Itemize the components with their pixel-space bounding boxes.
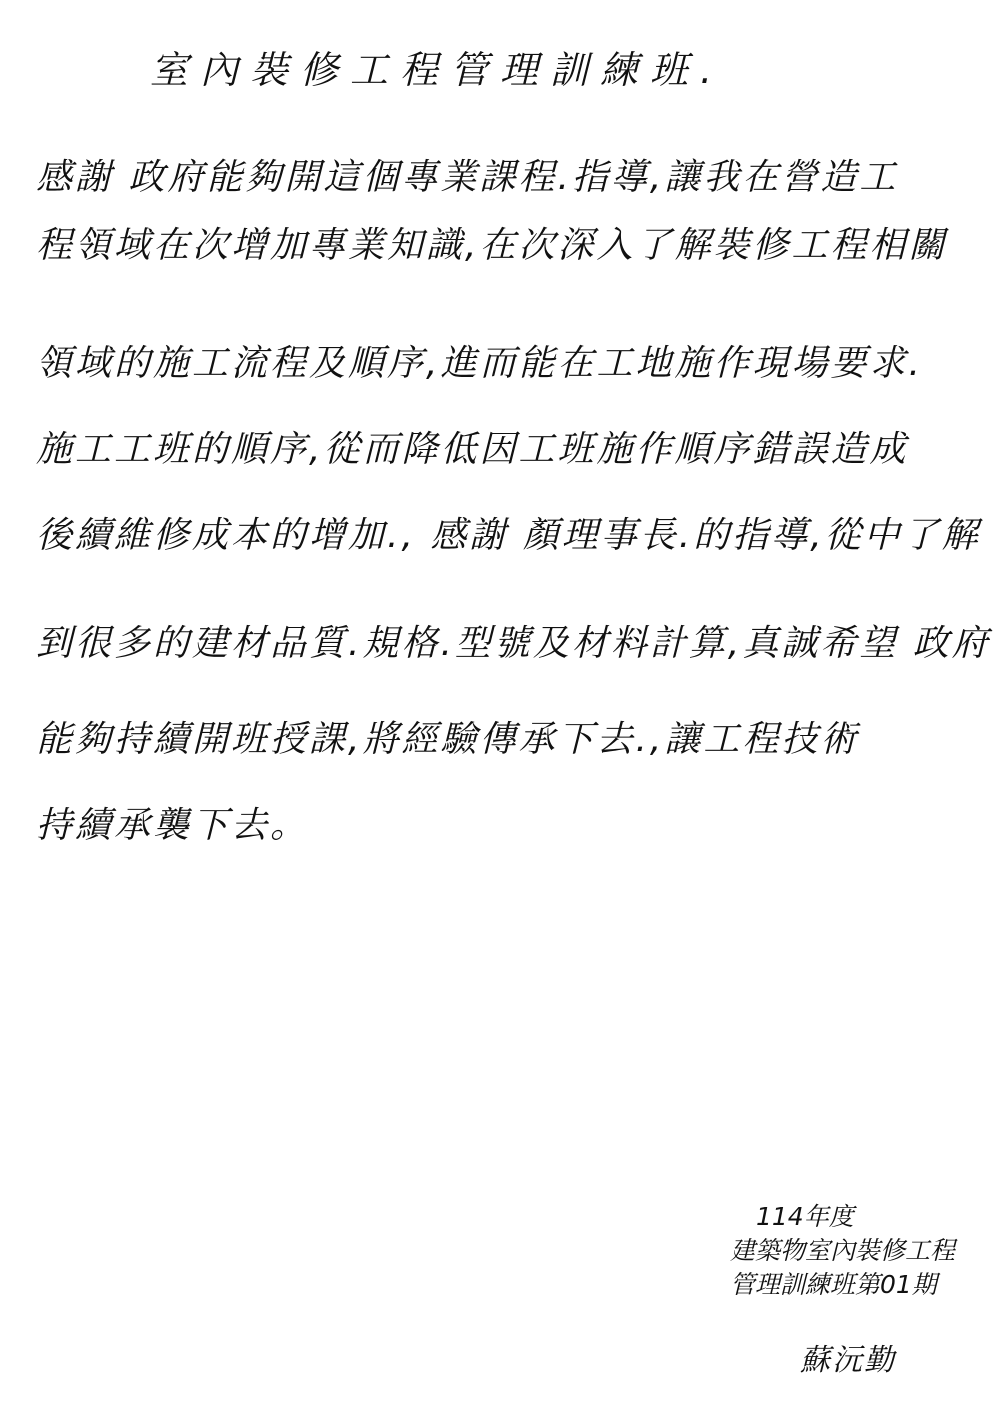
signature-name: 蘇沅勤 xyxy=(800,1335,896,1379)
letter-body-line-4: 施工工班的順序,從而降低因工班施作順序錯誤造成 xyxy=(36,422,908,478)
letter-body-line-2: 程領域在次增加專業知識,在次深入了解裝修工程相關 xyxy=(36,218,947,274)
letter-body-line-5: 後續維修成本的增加., 感謝 顏理事長.的指導,從中了解 xyxy=(36,508,981,564)
signature-class: 管理訓練班第01期 xyxy=(730,1268,1000,1302)
letter-body-line-6: 到很多的建材品質.規格.型號及材料計算,真誠希望 政府 xyxy=(36,616,991,672)
signature-year: 114年度 xyxy=(730,1200,1000,1234)
letter-body-line-1: 感謝 政府能夠開這個專業課程.指導,讓我在營造工 xyxy=(36,150,898,206)
letter-body-line-7: 能夠持續開班授課,將經驗傳承下去.,讓工程技術 xyxy=(36,712,859,768)
handwritten-letter-page: 室內裝修工程管理訓練班. 感謝 政府能夠開這個專業課程.指導,讓我在營造工 程領… xyxy=(0,0,1000,1403)
letter-body-line-8: 持續承襲下去。 xyxy=(36,798,309,854)
signature-course: 建築物室內裝修工程 xyxy=(730,1234,1000,1268)
letter-body-line-3: 領域的施工流程及順序,進而能在工地施作現場要求. xyxy=(36,336,923,392)
signature-block: 114年度 建築物室內裝修工程 管理訓練班第01期 xyxy=(730,1200,1000,1302)
letter-title: 室內裝修工程管理訓練班. xyxy=(150,40,830,100)
